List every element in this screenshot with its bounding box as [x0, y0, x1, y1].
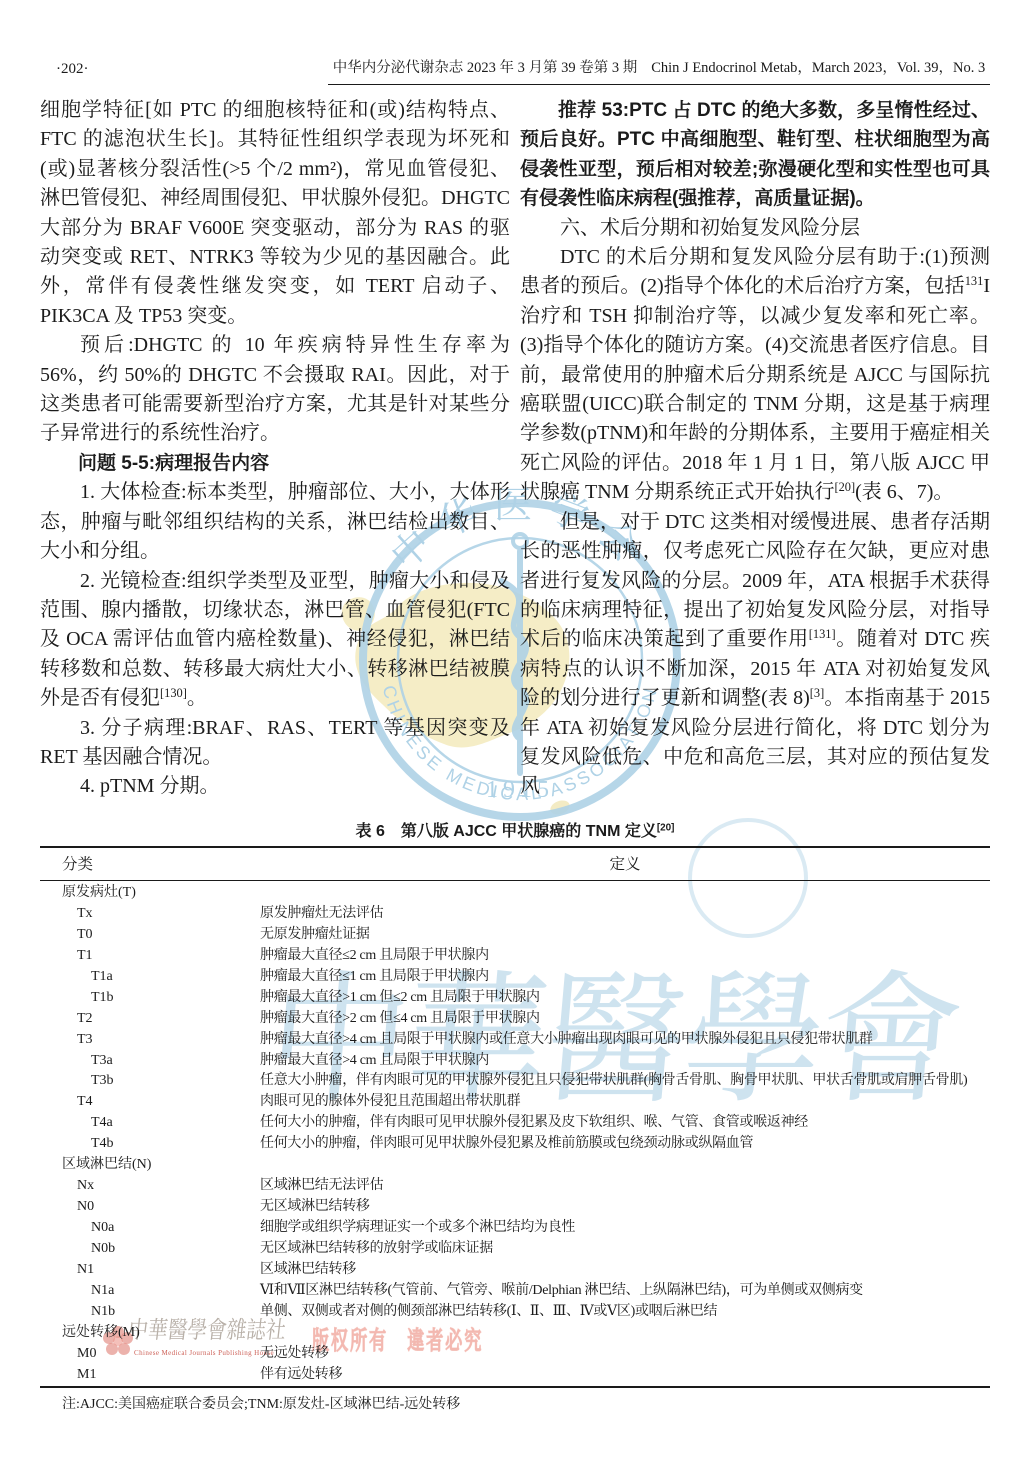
tnm-code: T1a [40, 967, 260, 988]
table-row: N0 无区域淋巴结转移 [40, 1197, 990, 1218]
tnm-code: T3b [40, 1071, 260, 1092]
column-header-category: 分类 [40, 856, 93, 873]
journal-citation-cn: 中华内分泌代谢杂志 2023 年 3 月第 39 卷第 3 期 [333, 60, 638, 76]
journal-citation-en: Chin J Endocrinol Metab，March 2023，Vol. … [651, 60, 985, 76]
tnm-definition: 任意大小肿瘤，伴有肉眼可见的甲状腺外侵犯且只侵犯带状肌群(胸骨舌骨肌、胸骨甲状肌… [260, 1071, 990, 1092]
paragraph-text: (表 6、7)。 [855, 481, 953, 503]
tnm-definition: 肿瘤最大直径>4 cm 且局限于甲状腺内 [260, 1051, 990, 1072]
table-rule-mid [40, 880, 990, 881]
tnm-code: 原发病灶(T) [40, 883, 260, 904]
tnm-definition: 无原发肿瘤灶证据 [260, 925, 990, 946]
tnm-definition: 区域淋巴结转移 [260, 1260, 990, 1281]
table-rule-top [40, 846, 990, 848]
tnm-table-body: 原发病灶(T) Tx 原发肿瘤灶无法评估 T0 无原发肿瘤灶证据 T1 肿瘤最大… [40, 883, 990, 1386]
tnm-definition: Ⅵ和Ⅶ区淋巴结转移(气管前、气管旁、喉前/Delphian 淋巴结、上纵隔淋巴结… [260, 1281, 990, 1302]
tnm-definition [260, 883, 990, 904]
reference-superscript: [20] [657, 823, 675, 834]
table-row: N0b 无区域淋巴结转移的放射学或临床证据 [40, 1239, 990, 1260]
tnm-code: Tx [40, 904, 260, 925]
tnm-definition: 原发肿瘤灶无法评估 [260, 904, 990, 925]
left-column: 细胞学特征[如 PTC 的细胞核特征和(或)结构特点、FTC 的滤泡状生长]。其… [40, 96, 510, 802]
tnm-definition: 细胞学或组织学病理证实一个或多个淋巴结均为良性 [260, 1218, 990, 1239]
column-header-definition: 定义 [260, 849, 990, 880]
tnm-code: N1a [40, 1281, 260, 1302]
tnm-definition: 无区域淋巴结转移 [260, 1197, 990, 1218]
tnm-code: T4b [40, 1134, 260, 1155]
table-row: T0 无原发肿瘤灶证据 [40, 925, 990, 946]
table-row: 原发病灶(T) [40, 883, 990, 904]
section-heading: 六、术后分期和初始复发风险分层 [520, 214, 990, 243]
table-row: T1 肿瘤最大直径≤2 cm 且局限于甲状腺内 [40, 946, 990, 967]
table-row: N0a 细胞学或组织学病理证实一个或多个淋巴结均为良性 [40, 1218, 990, 1239]
table-row: 区域淋巴结(N) [40, 1155, 990, 1176]
tnm-code: N1b [40, 1302, 260, 1323]
tnm-definition: 区域淋巴结无法评估 [260, 1176, 990, 1197]
tnm-code: M0 [40, 1344, 260, 1365]
table-row: T3a 肿瘤最大直径>4 cm 且局限于甲状腺内 [40, 1051, 990, 1072]
tnm-code: T2 [40, 1009, 260, 1030]
tnm-code: T3 [40, 1030, 260, 1051]
paragraph-text: 2. 光镜检查:组织学类型及亚型，肿瘤大小和侵及范围、腺内播散，切缘状态，淋巴管… [40, 570, 510, 710]
tnm-code: Nx [40, 1176, 260, 1197]
table-title: 表 6 第八版 AJCC 甲状腺癌的 TNM 定义[20] [40, 818, 990, 841]
table-row: T1b 肿瘤最大直径>1 cm 但≤2 cm 且局限于甲状腺内 [40, 988, 990, 1009]
tnm-code: 远处转移(M) [40, 1323, 260, 1344]
recommendation-paragraph: 推荐 53:PTC 占 DTC 的绝大多数，多呈惰性经过、预后良好。PTC 中高… [520, 96, 990, 214]
table-row: T2 肿瘤最大直径>2 cm 但≤4 cm 且局限于甲状腺内 [40, 1009, 990, 1030]
reference-superscript: [20] [834, 480, 855, 494]
table-row: N1 区域淋巴结转移 [40, 1260, 990, 1281]
paragraph: DTC 的术后分期和复发风险分层有助于:(1)预测患者的预后。(2)指导个体化的… [520, 243, 990, 508]
paragraph: 但是，对于 DTC 这类相对缓慢进展、患者存活期长的恶性肿瘤，仅考虑死亡风险存在… [520, 508, 990, 802]
tnm-code: 区域淋巴结(N) [40, 1155, 260, 1176]
tnm-definition: 伴有远处转移 [260, 1365, 990, 1386]
tnm-definition: 肿瘤最大直径≤1 cm 且局限于甲状腺内 [260, 967, 990, 988]
section-heading: 问题 5-5:病理报告内容 [40, 449, 510, 478]
tnm-code: N0 [40, 1197, 260, 1218]
table-row: T3b 任意大小肿瘤，伴有肉眼可见的甲状腺外侵犯且只侵犯带状肌群(胸骨舌骨肌、胸… [40, 1071, 990, 1092]
paragraph: 预后:DHGTC 的 10 年疾病特异性生存率为 56%，约 50%的 DHGT… [40, 331, 510, 449]
tnm-code: T3a [40, 1051, 260, 1072]
table-row: Tx 原发肿瘤灶无法评估 [40, 904, 990, 925]
tnm-definition: 无区域淋巴结转移的放射学或临床证据 [260, 1239, 990, 1260]
table-row: N1a Ⅵ和Ⅶ区淋巴结转移(气管前、气管旁、喉前/Delphian 淋巴结、上纵… [40, 1281, 990, 1302]
tnm-code: T1b [40, 988, 260, 1009]
table-title-text: 表 6 第八版 AJCC 甲状腺癌的 TNM 定义 [356, 823, 657, 840]
tnm-definition [260, 1155, 990, 1176]
tnm-definition: 任何大小的肿瘤，伴肉眼可见甲状腺外侵犯累及椎前筋膜或包绕颈动脉或纵隔血管 [260, 1134, 990, 1155]
table-row: N1b 单侧、双侧或者对侧的侧颈部淋巴结转移(Ⅰ、Ⅱ、Ⅲ、Ⅳ或Ⅴ区)或咽后淋巴结 [40, 1302, 990, 1323]
tnm-definition: 肿瘤最大直径>2 cm 但≤4 cm 且局限于甲状腺内 [260, 1009, 990, 1030]
paragraph: 3. 分子病理:BRAF、RAS、TERT 等基因突变及 RET 基因融合情况。 [40, 714, 510, 773]
tnm-code: N1 [40, 1260, 260, 1281]
tnm-definition [260, 1323, 990, 1344]
tnm-code: T4 [40, 1092, 260, 1113]
tnm-definition: 任何大小的肿瘤，伴有肉眼可见甲状腺外侵犯累及皮下软组织、喉、气管、食管或喉返神经 [260, 1113, 990, 1134]
tnm-code: T0 [40, 925, 260, 946]
table-row: Nx 区域淋巴结无法评估 [40, 1176, 990, 1197]
table-note: 注:AJCC:美国癌症联合委员会;TNM:原发灶-区域淋巴结-远处转移 [62, 1393, 460, 1413]
tnm-code: T1 [40, 946, 260, 967]
tnm-code: N0b [40, 1239, 260, 1260]
tnm-definition: 无远处转移 [260, 1344, 990, 1365]
table-row: T4a 任何大小的肿瘤，伴有肉眼可见甲状腺外侵犯累及皮下软组织、喉、气管、食管或… [40, 1113, 990, 1134]
paragraph-text: 。 [187, 687, 207, 709]
right-column: 推荐 53:PTC 占 DTC 的绝大多数，多呈惰性经过、预后良好。PTC 中高… [520, 96, 990, 802]
tnm-definition: 肉眼可见的腺体外侵犯且范围超出带状肌群 [260, 1092, 990, 1113]
paragraph: 细胞学特征[如 PTC 的细胞核特征和(或)结构特点、FTC 的滤泡状生长]。其… [40, 96, 510, 331]
paragraph-text: I 治疗和 TSH 抑制治疗等，以减少复发率和死亡率。(3)指导个体化的随访方案… [520, 275, 990, 503]
table-rule-bottom [40, 1386, 990, 1388]
tnm-code: M1 [40, 1365, 260, 1386]
tnm-definition: 肿瘤最大直径≤2 cm 且局限于甲状腺内 [260, 946, 990, 967]
table-header-row: 分类 定义 [40, 849, 990, 880]
journal-citation: 中华内分泌代谢杂志 2023 年 3 月第 39 卷第 3 期Chin J En… [328, 57, 990, 85]
tnm-definition: 单侧、双侧或者对侧的侧颈部淋巴结转移(Ⅰ、Ⅱ、Ⅲ、Ⅳ或Ⅴ区)或咽后淋巴结 [260, 1302, 990, 1323]
table-row: T4b 任何大小的肿瘤，伴肉眼可见甲状腺外侵犯累及椎前筋膜或包绕颈动脉或纵隔血管 [40, 1134, 990, 1155]
paragraph-text: DTC 的术后分期和复发风险分层有助于:(1)预测患者的预后。(2)指导个体化的… [520, 246, 990, 297]
page-number: ·202· [56, 61, 89, 78]
paragraph: 1. 大体检查:标本类型，肿瘤部位、大小，大体形态，肿瘤与毗邻组织结构的关系，淋… [40, 478, 510, 566]
paragraph: 4. pTNM 分期。 [40, 772, 510, 801]
journal-page: 中华医学会 CHINESE MEDICAL ASSOCIATION 1915 中… [0, 0, 1030, 1479]
table-row: T4 肉眼可见的腺体外侵犯且范围超出带状肌群 [40, 1092, 990, 1113]
reference-superscript: [3] [810, 686, 824, 700]
reference-superscript: [131] [809, 628, 836, 642]
paragraph: 2. 光镜检查:组织学类型及亚型，肿瘤大小和侵及范围、腺内播散，切缘状态，淋巴管… [40, 567, 510, 714]
table-row: M0 无远处转移 [40, 1344, 990, 1365]
tnm-definition: 肿瘤最大直径>4 cm 且局限于甲状腺内或任意大小肿瘤出现肉眼可见的甲状腺外侵犯… [260, 1030, 990, 1051]
tnm-code: T4a [40, 1113, 260, 1134]
reference-superscript: [130] [160, 686, 187, 700]
table-row: 远处转移(M) [40, 1323, 990, 1344]
table-row: T1a 肿瘤最大直径≤1 cm 且局限于甲状腺内 [40, 967, 990, 988]
tnm-code: N0a [40, 1218, 260, 1239]
tnm-definition: 肿瘤最大直径>1 cm 但≤2 cm 且局限于甲状腺内 [260, 988, 990, 1009]
table-row: T3 肿瘤最大直径>4 cm 且局限于甲状腺内或任意大小肿瘤出现肉眼可见的甲状腺… [40, 1030, 990, 1051]
table-row: M1 伴有远处转移 [40, 1365, 990, 1386]
isotope-superscript: 131 [965, 275, 984, 289]
